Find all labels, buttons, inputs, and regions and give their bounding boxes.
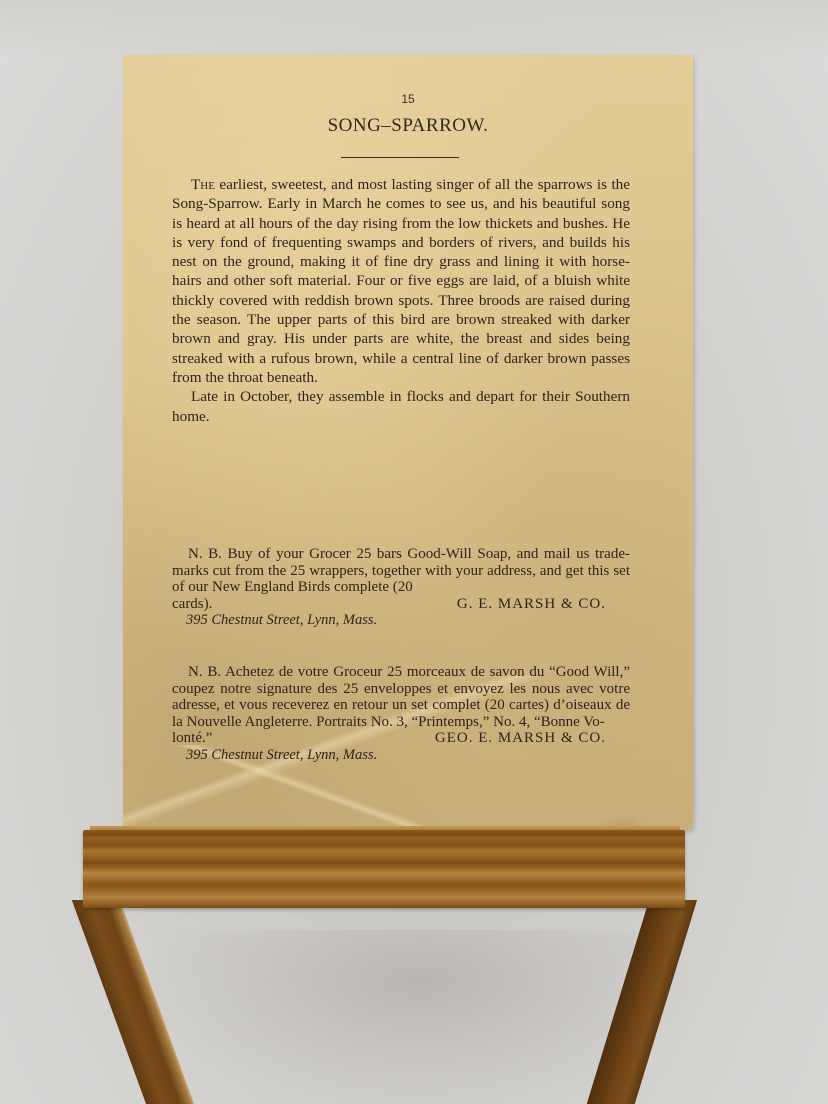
lead-word: The — [191, 176, 215, 193]
address: 395 Chestnut Street, Lynn, Mass. — [186, 612, 630, 629]
description-paragraph: The earliest, sweetest, and most lasting… — [172, 175, 630, 387]
notice-text: N. B. Buy of your Grocer 25 bars Good-Wi… — [172, 546, 630, 596]
description-text: The earliest, sweetest, and most lasting… — [172, 175, 630, 426]
address: 395 Chestnut Street, Lynn, Mass. — [186, 747, 630, 764]
signature-line: lonté.” GEO. E. MARSH & CO. — [172, 730, 630, 747]
signature: GEO. E. MARSH & CO. — [435, 730, 630, 747]
signature-line: cards). G. E. MARSH & CO. — [172, 596, 630, 613]
easel-ledge — [83, 830, 685, 908]
title-rule — [341, 157, 459, 158]
notice-english: N. B. Buy of your Grocer 25 bars Good-Wi… — [172, 546, 630, 629]
card-title: SONG–SPARROW. — [123, 115, 693, 137]
page-number: 15 — [123, 92, 693, 106]
signature: G. E. MARSH & CO. — [457, 596, 630, 613]
description-paragraph: Late in October, they assemble in flocks… — [172, 387, 630, 426]
backdrop — [0, 0, 828, 60]
notice-text: N. B. Achetez de votre Groceur 25 morcea… — [172, 664, 630, 730]
notice-french: N. B. Achetez de votre Groceur 25 morcea… — [172, 664, 630, 764]
trade-card: 15 SONG–SPARROW. The earliest, sweetest,… — [123, 55, 693, 830]
